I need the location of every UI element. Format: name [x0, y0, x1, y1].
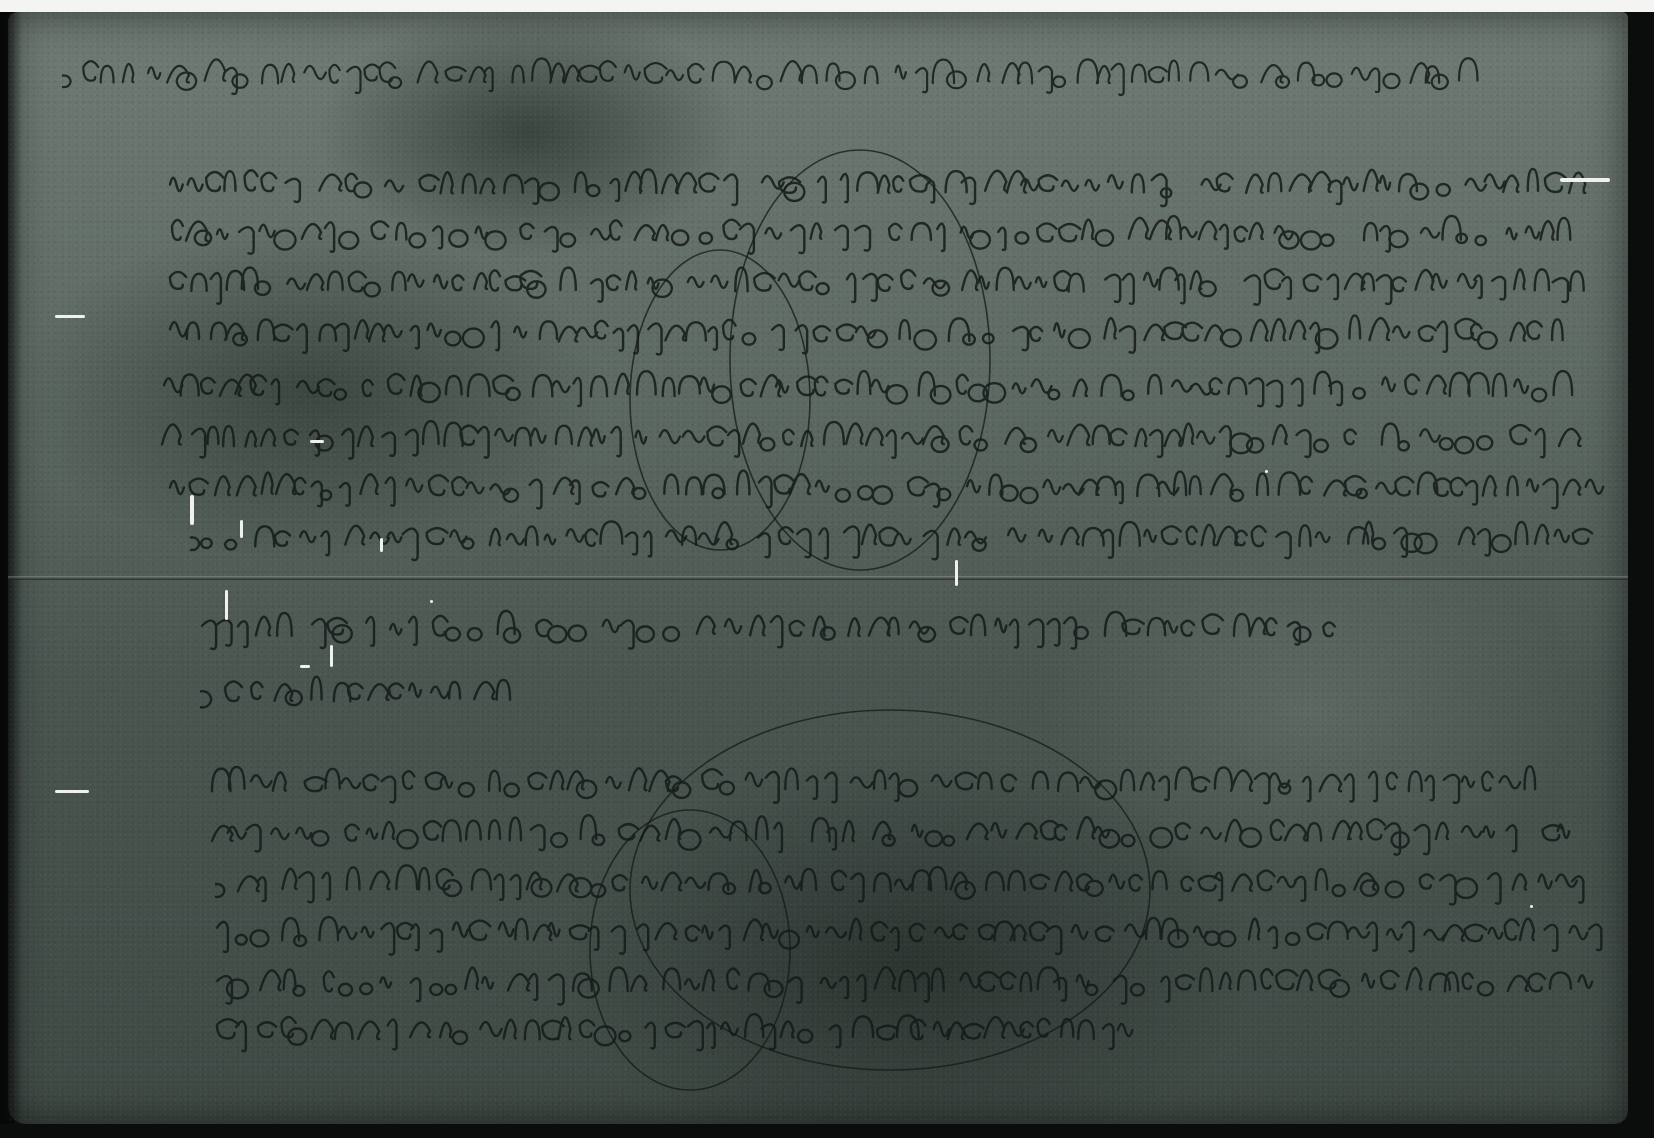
upper-block-line-5 — [162, 355, 1580, 401]
scan-speck — [1530, 905, 1533, 908]
upper-block-line-8 — [190, 505, 1610, 551]
scan-speck — [225, 590, 228, 620]
scan-speck — [190, 495, 194, 525]
scan-speck — [55, 315, 85, 318]
lower-block-line-2 — [210, 800, 1590, 846]
scan-speck — [380, 538, 383, 552]
lower-block-line-1 — [210, 750, 1560, 796]
upper-block-line-7 — [168, 455, 1610, 501]
sheet-edge-shadow — [0, 12, 22, 1124]
lower-block-line-4 — [215, 900, 1610, 946]
scan-speck — [330, 645, 333, 667]
upper-block-line-3 — [168, 250, 1600, 296]
upper-block-line-4 — [168, 300, 1580, 346]
lower-block-line-6 — [215, 998, 1140, 1044]
scan-speck — [300, 665, 310, 668]
script-strokes — [200, 595, 1360, 665]
middle-block-line-2 — [200, 660, 520, 706]
lower-block-line-5 — [215, 950, 1600, 996]
upper-block-line-1 — [168, 152, 1600, 198]
script-strokes — [200, 660, 520, 730]
script-strokes — [215, 998, 1140, 1068]
header-script-line — [62, 42, 1500, 88]
scan-speck — [310, 440, 324, 443]
upper-block-line-6 — [160, 405, 1600, 451]
scan-top-border — [0, 0, 1654, 12]
script-strokes — [190, 505, 1610, 575]
script-strokes — [62, 42, 1500, 112]
middle-block-line-1 — [200, 595, 1360, 641]
fold-line — [8, 576, 1628, 580]
scan-speck — [240, 520, 243, 538]
scan-speck — [1265, 470, 1268, 473]
scan-speck — [55, 790, 89, 793]
scan-speck — [1560, 178, 1610, 182]
scan-speck — [955, 560, 958, 586]
scan-speck — [430, 600, 433, 603]
upper-block-line-2 — [170, 200, 1590, 246]
lower-block-line-3 — [215, 850, 1600, 896]
